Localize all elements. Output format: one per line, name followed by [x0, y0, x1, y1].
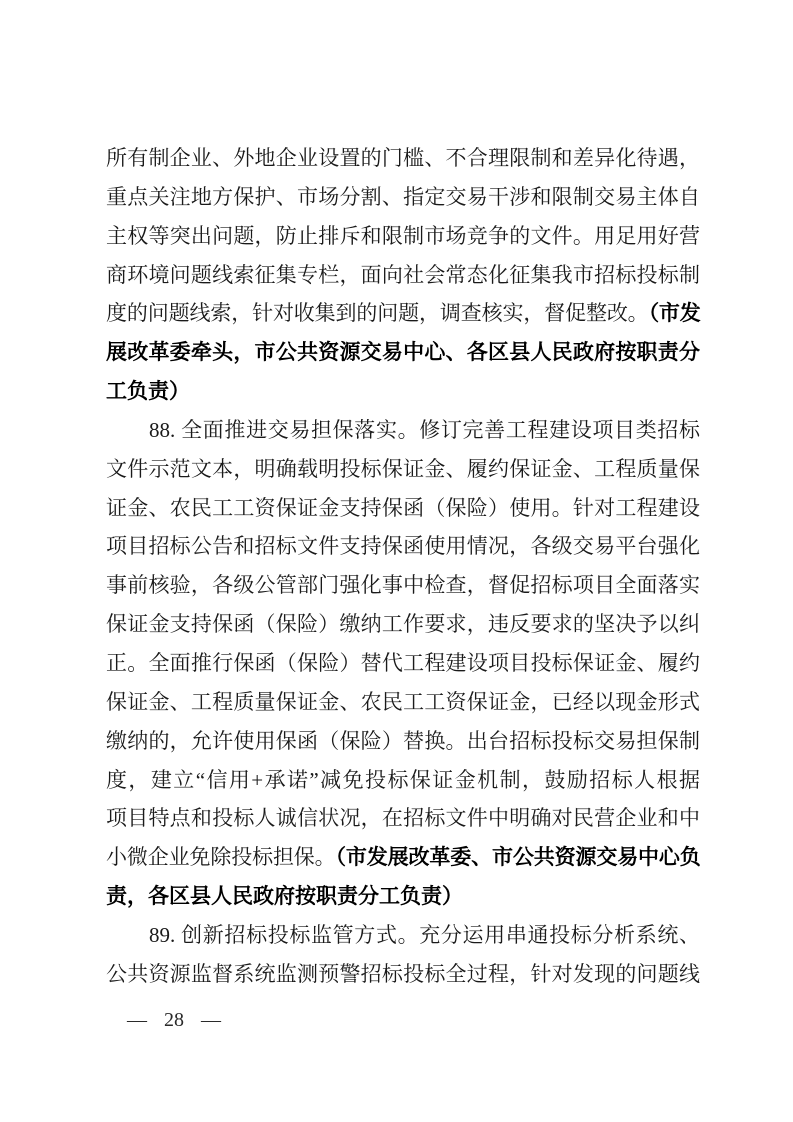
- body-text-segment: 项目招标公告和招标文件支持保函使用情况，各级交易平台强化: [106, 534, 700, 558]
- responsibility-clause: （市发: [649, 301, 700, 325]
- footer-dash-right: —: [201, 1009, 221, 1032]
- text-line: 公共资源监督系统监测预警招标投标全过程，针对发现的问题线: [106, 955, 700, 994]
- text-line: 小微企业免除投标担保。（市发展改革委、市公共资源交易中心负: [106, 838, 700, 877]
- body-text-segment: 保证金支持保函（保险）缴纳工作要求，违反要求的坚决予以纠: [106, 612, 700, 636]
- responsibility-clause: 责，各区县人民政府按职责分工负责）: [106, 884, 463, 908]
- body-text-segment: 正。全面推行保函（保险）替代工程建设项目投标保证金、履约: [106, 651, 700, 675]
- body-text-segment: 主权等突出问题，防止排斥和限制市场竞争的文件。用足用好营: [106, 224, 700, 248]
- text-line: 所有制企业、外地企业设置的门槛、不合理限制和差异化待遇，: [106, 139, 700, 178]
- body-text-segment: 重点关注地方保护、市场分割、指定交易干涉和限制交易主体自: [106, 185, 700, 209]
- body-text-segment: 事前核验，各级公管部门强化事中检查，督促招标项目全面落实: [106, 573, 700, 597]
- text-line: 保证金、工程质量保证金、农民工工资保证金，已经以现金形式: [106, 683, 700, 722]
- body-text-segment: 文件示范文本，明确载明投标保证金、履约保证金、工程质量保: [106, 457, 700, 481]
- body-text-segment: 小微企业免除投标担保。: [106, 845, 336, 869]
- document-page: 所有制企业、外地企业设置的门槛、不合理限制和差异化待遇，重点关注地方保护、市场分…: [0, 0, 793, 1122]
- responsibility-clause: 工负责）: [106, 379, 190, 403]
- text-line: 事前核验，各级公管部门强化事中检查，督促招标项目全面落实: [106, 566, 700, 605]
- text-line: 展改革委牵头，市公共资源交易中心、各区县人民政府按职责分: [106, 333, 700, 372]
- body-text-segment: 度，建立“信用+承诺”减免投标保证金机制，鼓励招标人根据: [106, 768, 700, 792]
- page-footer: — 28 —: [127, 1009, 221, 1032]
- text-line: 缴纳的，允许使用保函（保险）替换。出台招标投标交易担保制: [106, 722, 700, 761]
- body-text-segment: 度的问题线索，针对收集到的问题，调查核实，督促整改。: [106, 301, 649, 325]
- text-line: 项目招标公告和招标文件支持保函使用情况，各级交易平台强化: [106, 527, 700, 566]
- text-line: 88. 全面推进交易担保落实。修订完善工程建设项目类招标: [106, 411, 700, 450]
- text-line: 证金、农民工工资保证金支持保函（保险）使用。针对工程建设: [106, 489, 700, 528]
- body-text-segment: 公共资源监督系统监测预警招标投标全过程，针对发现的问题线: [106, 962, 700, 986]
- body-text-segment: 项目特点和投标人诚信状况，在招标文件中明确对民营企业和中: [106, 806, 700, 830]
- text-line: 度，建立“信用+承诺”减免投标保证金机制，鼓励招标人根据: [106, 761, 700, 800]
- responsibility-clause: 展改革委牵头，市公共资源交易中心、各区县人民政府按职责分: [106, 340, 700, 364]
- text-line: 主权等突出问题，防止排斥和限制市场竞争的文件。用足用好营: [106, 217, 700, 256]
- text-line: 正。全面推行保函（保险）替代工程建设项目投标保证金、履约: [106, 644, 700, 683]
- text-line: 重点关注地方保护、市场分割、指定交易干涉和限制交易主体自: [106, 178, 700, 217]
- footer-dash-left: —: [127, 1009, 147, 1032]
- text-line: 商环境问题线索征集专栏，面向社会常态化征集我市招标投标制: [106, 256, 700, 295]
- document-body: 所有制企业、外地企业设置的门槛、不合理限制和差异化待遇，重点关注地方保护、市场分…: [106, 139, 700, 994]
- text-line: 文件示范文本，明确载明投标保证金、履约保证金、工程质量保: [106, 450, 700, 489]
- text-line: 度的问题线索，针对收集到的问题，调查核实，督促整改。（市发: [106, 294, 700, 333]
- body-text-segment: 所有制企业、外地企业设置的门槛、不合理限制和差异化待遇，: [106, 146, 700, 170]
- page-number: 28: [164, 1009, 184, 1032]
- text-line: 89. 创新招标投标监管方式。充分运用串通投标分析系统、: [106, 916, 700, 955]
- body-text-segment: 商环境问题线索征集专栏，面向社会常态化征集我市招标投标制: [106, 263, 700, 287]
- text-line: 责，各区县人民政府按职责分工负责）: [106, 877, 700, 916]
- body-text-segment: 缴纳的，允许使用保函（保险）替换。出台招标投标交易担保制: [106, 729, 700, 753]
- body-text-segment: 保证金、工程质量保证金、农民工工资保证金，已经以现金形式: [106, 690, 700, 714]
- responsibility-clause: （市发展改革委、市公共资源交易中心负: [336, 845, 700, 869]
- body-text-segment: 证金、农民工工资保证金支持保函（保险）使用。针对工程建设: [106, 496, 700, 520]
- body-text-segment: 89. 创新招标投标监管方式。充分运用串通投标分析系统、: [149, 923, 700, 947]
- text-line: 保证金支持保函（保险）缴纳工作要求，违反要求的坚决予以纠: [106, 605, 700, 644]
- text-line: 工负责）: [106, 372, 700, 411]
- body-text-segment: 88. 全面推进交易担保落实。修订完善工程建设项目类招标: [149, 418, 700, 442]
- text-line: 项目特点和投标人诚信状况，在招标文件中明确对民营企业和中: [106, 799, 700, 838]
